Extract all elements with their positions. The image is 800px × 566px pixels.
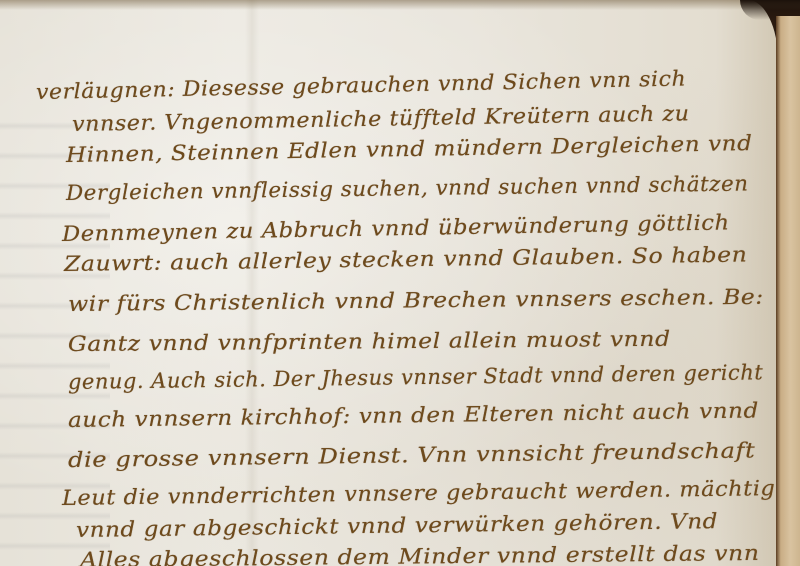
text-line-13: vnnd gar abgeschickt vnnd verwürken gehö…	[76, 509, 718, 542]
text-line-7: wir fürs Christenlich vnnd Brechen vnnse…	[68, 285, 764, 316]
handwritten-text-block: verläugnen: Diesesse gebrauchen vnnd Sic…	[0, 0, 778, 566]
text-line-12: Leut die vnnderrichten vnnsere gebraucht…	[62, 476, 776, 510]
text-line-2: vnnser. Vngenommenliche tüffteld Kreüter…	[72, 101, 690, 136]
text-line-9: genug. Auch sich. Der Jhesus vnnser Stad…	[68, 360, 764, 394]
text-line-14: Alles abgeschlossen dem Minder vnnd erst…	[80, 541, 760, 566]
text-line-8: Gantz vnnd vnnfprinten himel allein muos…	[68, 327, 671, 356]
text-line-5: Dennmeynen zu Abbruch vnnd überwünderung…	[62, 210, 730, 246]
text-line-10: auch vnnsern kirchhof: vnn den Elteren n…	[68, 398, 759, 432]
text-line-6: Zauwrt: auch allerley stecken vnnd Glaub…	[64, 242, 748, 276]
text-line-1: verläugnen: Diesesse gebrauchen vnnd Sic…	[36, 66, 687, 104]
adjacent-page-edge	[776, 16, 800, 566]
text-line-4: Dergleichen vnnfleissig suchen, vnnd suc…	[66, 171, 749, 205]
text-line-3: Hinnen, Steinnen Edlen vnnd mündern Derg…	[66, 131, 753, 167]
text-line-11: die grosse vnnsern Dienst. Vnn vnnsicht …	[68, 438, 756, 472]
